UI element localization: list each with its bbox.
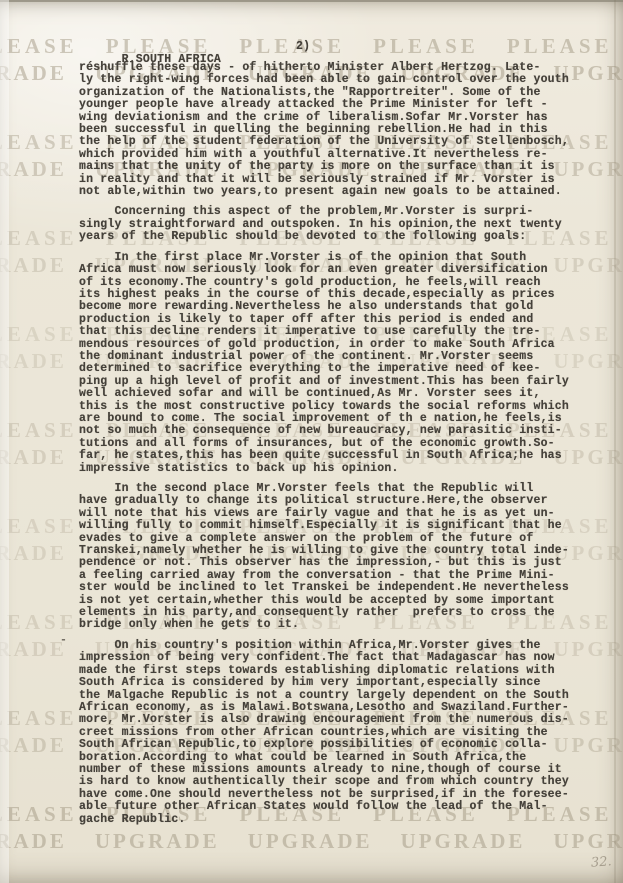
watermark-word: PLEASE	[0, 130, 78, 155]
watermark-word: PLEASE	[0, 226, 78, 251]
page-header: R.SOUTH AFRICA 2)	[79, 40, 569, 53]
typewritten-content: R.SOUTH AFRICA 2) réshuffle these days -…	[79, 40, 569, 834]
margin-annotation-dash: -	[60, 634, 67, 647]
watermark-word: PLEASE	[0, 802, 78, 827]
watermark-word: UPGRADE	[0, 637, 67, 662]
page-number: 2)	[296, 40, 310, 53]
scanned-document-page: PLEASEPLEASEPLEASEPLEASEPLEASEPLEASEUPGR…	[0, 0, 623, 883]
watermark-word: UPGRADE	[0, 733, 67, 758]
watermark-word: UPGRADE	[0, 445, 67, 470]
watermark-word: UPGRADE	[0, 829, 67, 854]
page-left-edge-highlight	[0, 0, 9, 883]
watermark-word: PLEASE	[0, 706, 78, 731]
handwritten-page-number: 32.	[591, 854, 613, 870]
page-right-edge-line	[614, 0, 616, 883]
watermark-word: PLEASE	[0, 610, 78, 635]
watermark-word: UPGRADE	[0, 157, 67, 182]
watermark-word: PLEASE	[0, 322, 78, 347]
watermark-word: UPGRADE	[0, 61, 67, 86]
watermark-word: UPGRADE	[0, 541, 67, 566]
paragraph-5: On his country's position within Africa,…	[79, 640, 569, 826]
watermark-word: PLEASE	[0, 514, 78, 539]
section-title: R.SOUTH AFRICA	[122, 53, 221, 66]
watermark-word: UPGRADE	[0, 253, 67, 278]
page-top-edge	[0, 0, 623, 2]
paragraph-1: réshuffle these days - of hitherto Minis…	[79, 62, 569, 198]
paragraph-2: Concerning this aspect of the problem,Mr…	[79, 206, 569, 243]
watermark-word: PLEASE	[0, 34, 78, 59]
watermark-word: PLEASE	[0, 418, 78, 443]
paragraph-4: In the second place Mr.Vorster feels tha…	[79, 483, 569, 632]
watermark-word: UPGRADE	[0, 349, 67, 374]
paragraph-3: In the first place Mr.Vorster is of the …	[79, 252, 569, 475]
